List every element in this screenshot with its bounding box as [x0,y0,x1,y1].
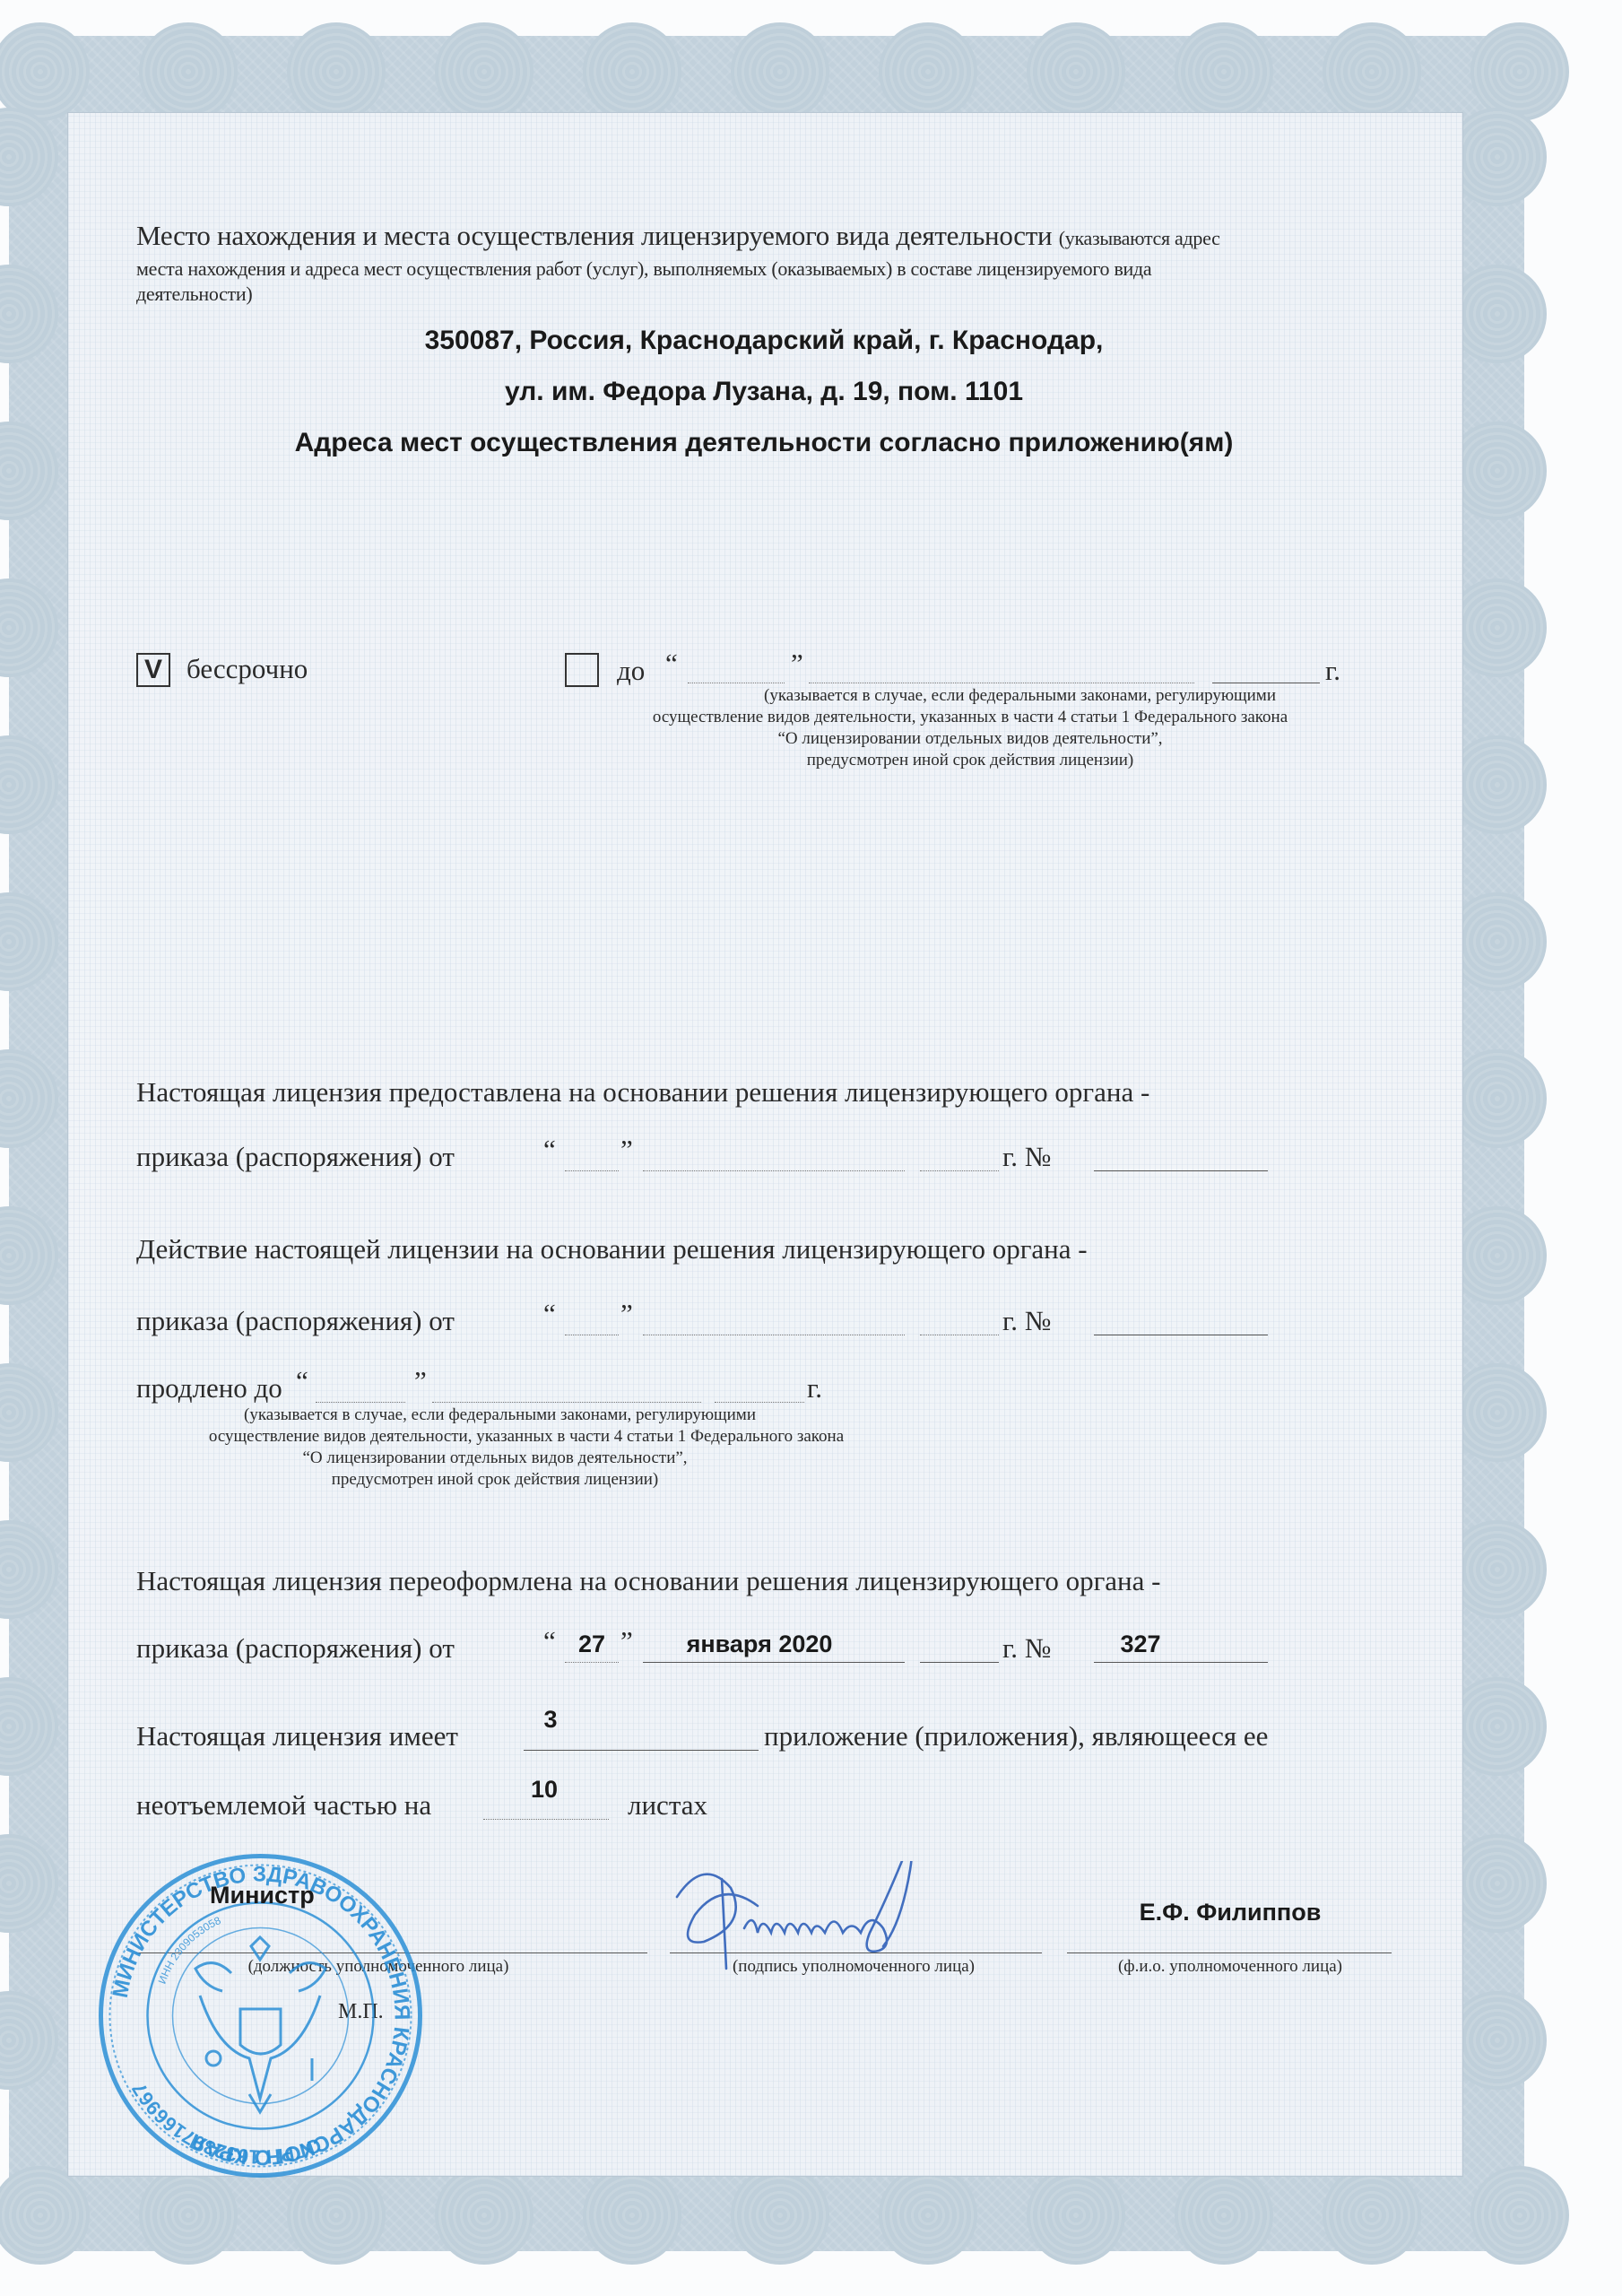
appendices-count-underline [524,1750,759,1751]
extended-until-label: продлено до [136,1372,282,1405]
address-line-3: Адреса мест осуществления деятельности с… [136,428,1392,458]
until-open-quote: “ [665,648,678,680]
border-scallop [1470,2166,1569,2265]
granted-day-field[interactable] [565,1170,619,1171]
indefinite-checkbox[interactable]: V [136,653,170,687]
reissued-order-label: приказа (распоряжения) от [136,1632,455,1665]
until-year-field[interactable] [1212,683,1320,683]
extended-note-3: “О лицензировании отдельных видов деятел… [244,1448,746,1468]
granted-number-field[interactable] [1094,1170,1268,1171]
extended-open-quote: “ [543,1298,556,1330]
until-date-checkbox[interactable] [565,653,599,687]
reissued-day: 27 [565,1631,619,1658]
reissued-month-year: января 2020 [643,1631,876,1658]
reissued-month-underline [643,1662,905,1663]
indefinite-label: бессрочно [186,653,308,685]
until-day-field[interactable] [688,683,785,683]
appendices-middle: приложение (приложения), являющееся ее [764,1720,1268,1752]
sheets-count: 10 [483,1776,605,1804]
extended-note-1: (указывается в случае, если федеральными… [244,1405,746,1425]
reissued-number-underline [1094,1662,1268,1663]
address-line-1: 350087, Россия, Краснодарский край, г. К… [136,326,1392,356]
sheets-underline [483,1819,609,1820]
reissued-number: 327 [1094,1631,1187,1658]
until-close-quote: ” [791,648,803,680]
appendices-prefix: Настоящая лицензия имеет [136,1720,458,1752]
extended-close-quote: ” [620,1298,633,1330]
name-underline [1067,1952,1392,1953]
reissued-year-underline [920,1662,999,1663]
location-note-line-2: места нахождения и адреса мест осуществл… [136,257,1392,282]
granted-year-field[interactable] [920,1170,999,1171]
validity-note-3: “О лицензировании отдельных видов деятел… [764,729,1176,749]
signatory-position: Министр [210,1882,315,1909]
extended-heading: Действие настоящей лицензии на основании… [136,1233,1088,1265]
border-scallop [1470,22,1569,121]
extended-day-field[interactable] [565,1335,619,1335]
granted-heading: Настоящая лицензия предоставлена на осно… [136,1076,1149,1109]
reissued-close-quote: ” [620,1625,633,1657]
reissued-number-label: г. № [1002,1632,1051,1665]
reissued-day-underline [565,1662,619,1663]
extended-until-year-field[interactable] [715,1402,804,1403]
validity-note-1: (указывается в случае, если федеральными… [764,686,1176,706]
location-note: (указываются адрес [1059,227,1220,249]
sheets-suffix: листах [628,1789,707,1822]
extended-until-month-field[interactable] [432,1402,701,1403]
extended-until-close-quote: ” [414,1365,427,1397]
extended-order-label: приказа (распоряжения) от [136,1305,455,1337]
extended-year-field[interactable] [920,1335,999,1335]
location-note-line-3: деятельности) [136,282,1392,307]
extended-note-2: осуществление видов деятельности, указан… [136,1427,916,1447]
location-heading: Место нахождения и места осуществления л… [136,220,1052,251]
check-mark-icon: V [144,655,162,684]
address-line-2: ул. им. Федора Лузана, д. 19, пом. 1101 [136,377,1392,407]
until-year-suffix: г. [1325,655,1340,687]
extended-until-open-quote: “ [296,1365,308,1397]
granted-number-label: г. № [1002,1141,1051,1173]
extended-number-field[interactable] [1094,1335,1268,1335]
sheets-prefix: неотъемлемой частью на [136,1789,431,1822]
validity-note-2: осуществление видов деятельности, указан… [629,708,1311,727]
granted-open-quote: “ [543,1134,556,1166]
handwritten-signature-icon [659,1861,1000,1978]
location-intro: Место нахождения и места осуществления л… [136,218,1392,307]
granted-close-quote: ” [620,1134,633,1166]
granted-order-label: приказа (распоряжения) от [136,1141,455,1173]
validity-note-4: предусмотрен иной срок действия лицензии… [764,751,1176,770]
extended-number-label: г. № [1002,1305,1051,1337]
reissued-open-quote: “ [543,1625,556,1657]
signatory-name: Е.Ф. Филиппов [1096,1899,1365,1926]
until-label: до [617,655,645,687]
extended-month-field[interactable] [643,1335,905,1335]
granted-month-field[interactable] [643,1170,905,1171]
extended-note-4: предусмотрен иной срок действия лицензии… [244,1470,746,1490]
reissued-heading: Настоящая лицензия переоформлена на осно… [136,1565,1160,1597]
extended-until-year-suffix: г. [807,1372,822,1405]
name-caption: (ф.и.о. уполномоченного лица) [1069,1957,1392,1977]
extended-until-day-field[interactable] [316,1402,405,1403]
appendices-count: 3 [524,1706,577,1734]
until-month-field[interactable] [809,683,1194,683]
